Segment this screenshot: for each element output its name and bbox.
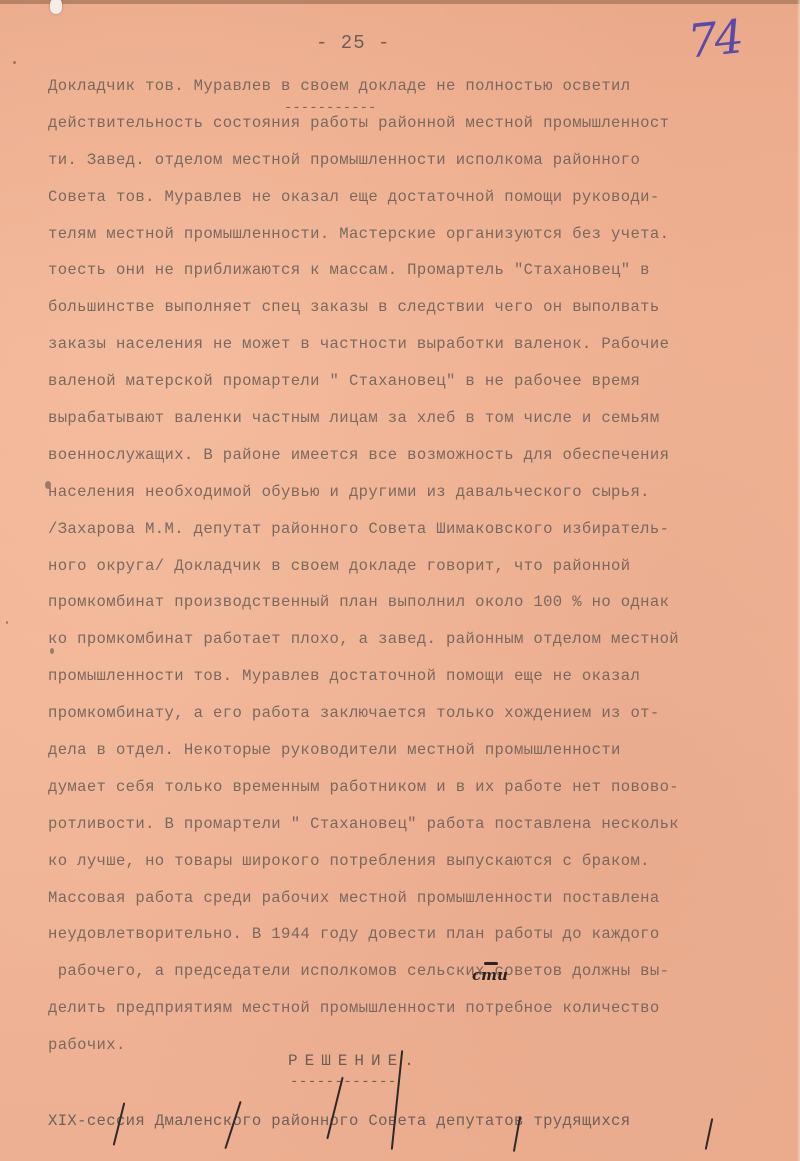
paper-speck (13, 61, 16, 64)
page-top-edge (0, 0, 800, 4)
document-page: - 25 - 74 ----------- Докладчик тов. Мур… (0, 0, 800, 1161)
text-line: военнослужащих. В районе имеется все воз… (48, 441, 800, 478)
text-line: неудовлетворительно. В 1944 году довести… (48, 920, 800, 957)
text-line: тоесть они не приближаются к массам. Про… (48, 256, 800, 293)
text-line: думает себя только временным работником … (48, 773, 800, 810)
text-line: /Захарова М.М. депутат районного Совета … (48, 515, 800, 552)
page-number: - 25 - (316, 32, 390, 54)
handwritten-correction: сти (472, 966, 508, 984)
handwritten-archive-number: 74 (685, 9, 743, 68)
text-line: валеной матерской промартели " Стаханове… (48, 367, 800, 404)
text-line: ко промкомбинат работает плохо, а завед.… (48, 625, 800, 662)
text-line: делить предприятиям местной промышленнос… (48, 994, 800, 1031)
pen-tick-mark (705, 1118, 714, 1150)
text-line: Докладчик тов. Муравлев в своем докладе … (48, 72, 800, 109)
text-line: ко лучше, но товары широкого потребления… (48, 847, 800, 884)
text-line: дела в отдел. Некоторые руководители мес… (48, 736, 800, 773)
text-line: ти. Завед. отделом местной промышленност… (48, 146, 800, 183)
paper-speck (45, 481, 51, 489)
resolution-opening-line: XIX-сессия Дмаленского районного Совета … (48, 1112, 630, 1130)
text-line: рабочего, а председатели исполкомов сель… (48, 957, 800, 994)
punch-hole (50, 0, 62, 14)
text-line: промкомбинат производственный план выпол… (48, 588, 800, 625)
text-line: ротливости. В промартели " Стахановец" р… (48, 810, 800, 847)
text-line: телям местной промышленности. Мастерские… (48, 220, 800, 257)
text-line: рабочих. (48, 1031, 800, 1068)
text-line: промкомбинату, а его работа заключается … (48, 699, 800, 736)
paper-speck (6, 621, 8, 624)
text-line: Массовая работа среди рабочих местной пр… (48, 884, 800, 921)
text-line: заказы населения не может в частности вы… (48, 330, 800, 367)
paper-speck (50, 648, 54, 654)
text-line: действительность состояния работы районн… (48, 109, 800, 146)
body-text: Докладчик тов. Муравлев в своем докладе … (48, 72, 800, 1068)
text-line: промышленности тов. Муравлев достаточной… (48, 662, 800, 699)
pen-correction-bar (484, 962, 498, 965)
text-line: Совета тов. Муравлев не оказал еще доста… (48, 183, 800, 220)
text-line: ного округа/ Докладчик в своем докладе г… (48, 552, 800, 589)
text-line: вырабатывают валенки частным лицам за хл… (48, 404, 800, 441)
text-line: населения необходимой обувью и другими и… (48, 478, 800, 515)
text-line: большинстве выполняет спец заказы в след… (48, 293, 800, 330)
